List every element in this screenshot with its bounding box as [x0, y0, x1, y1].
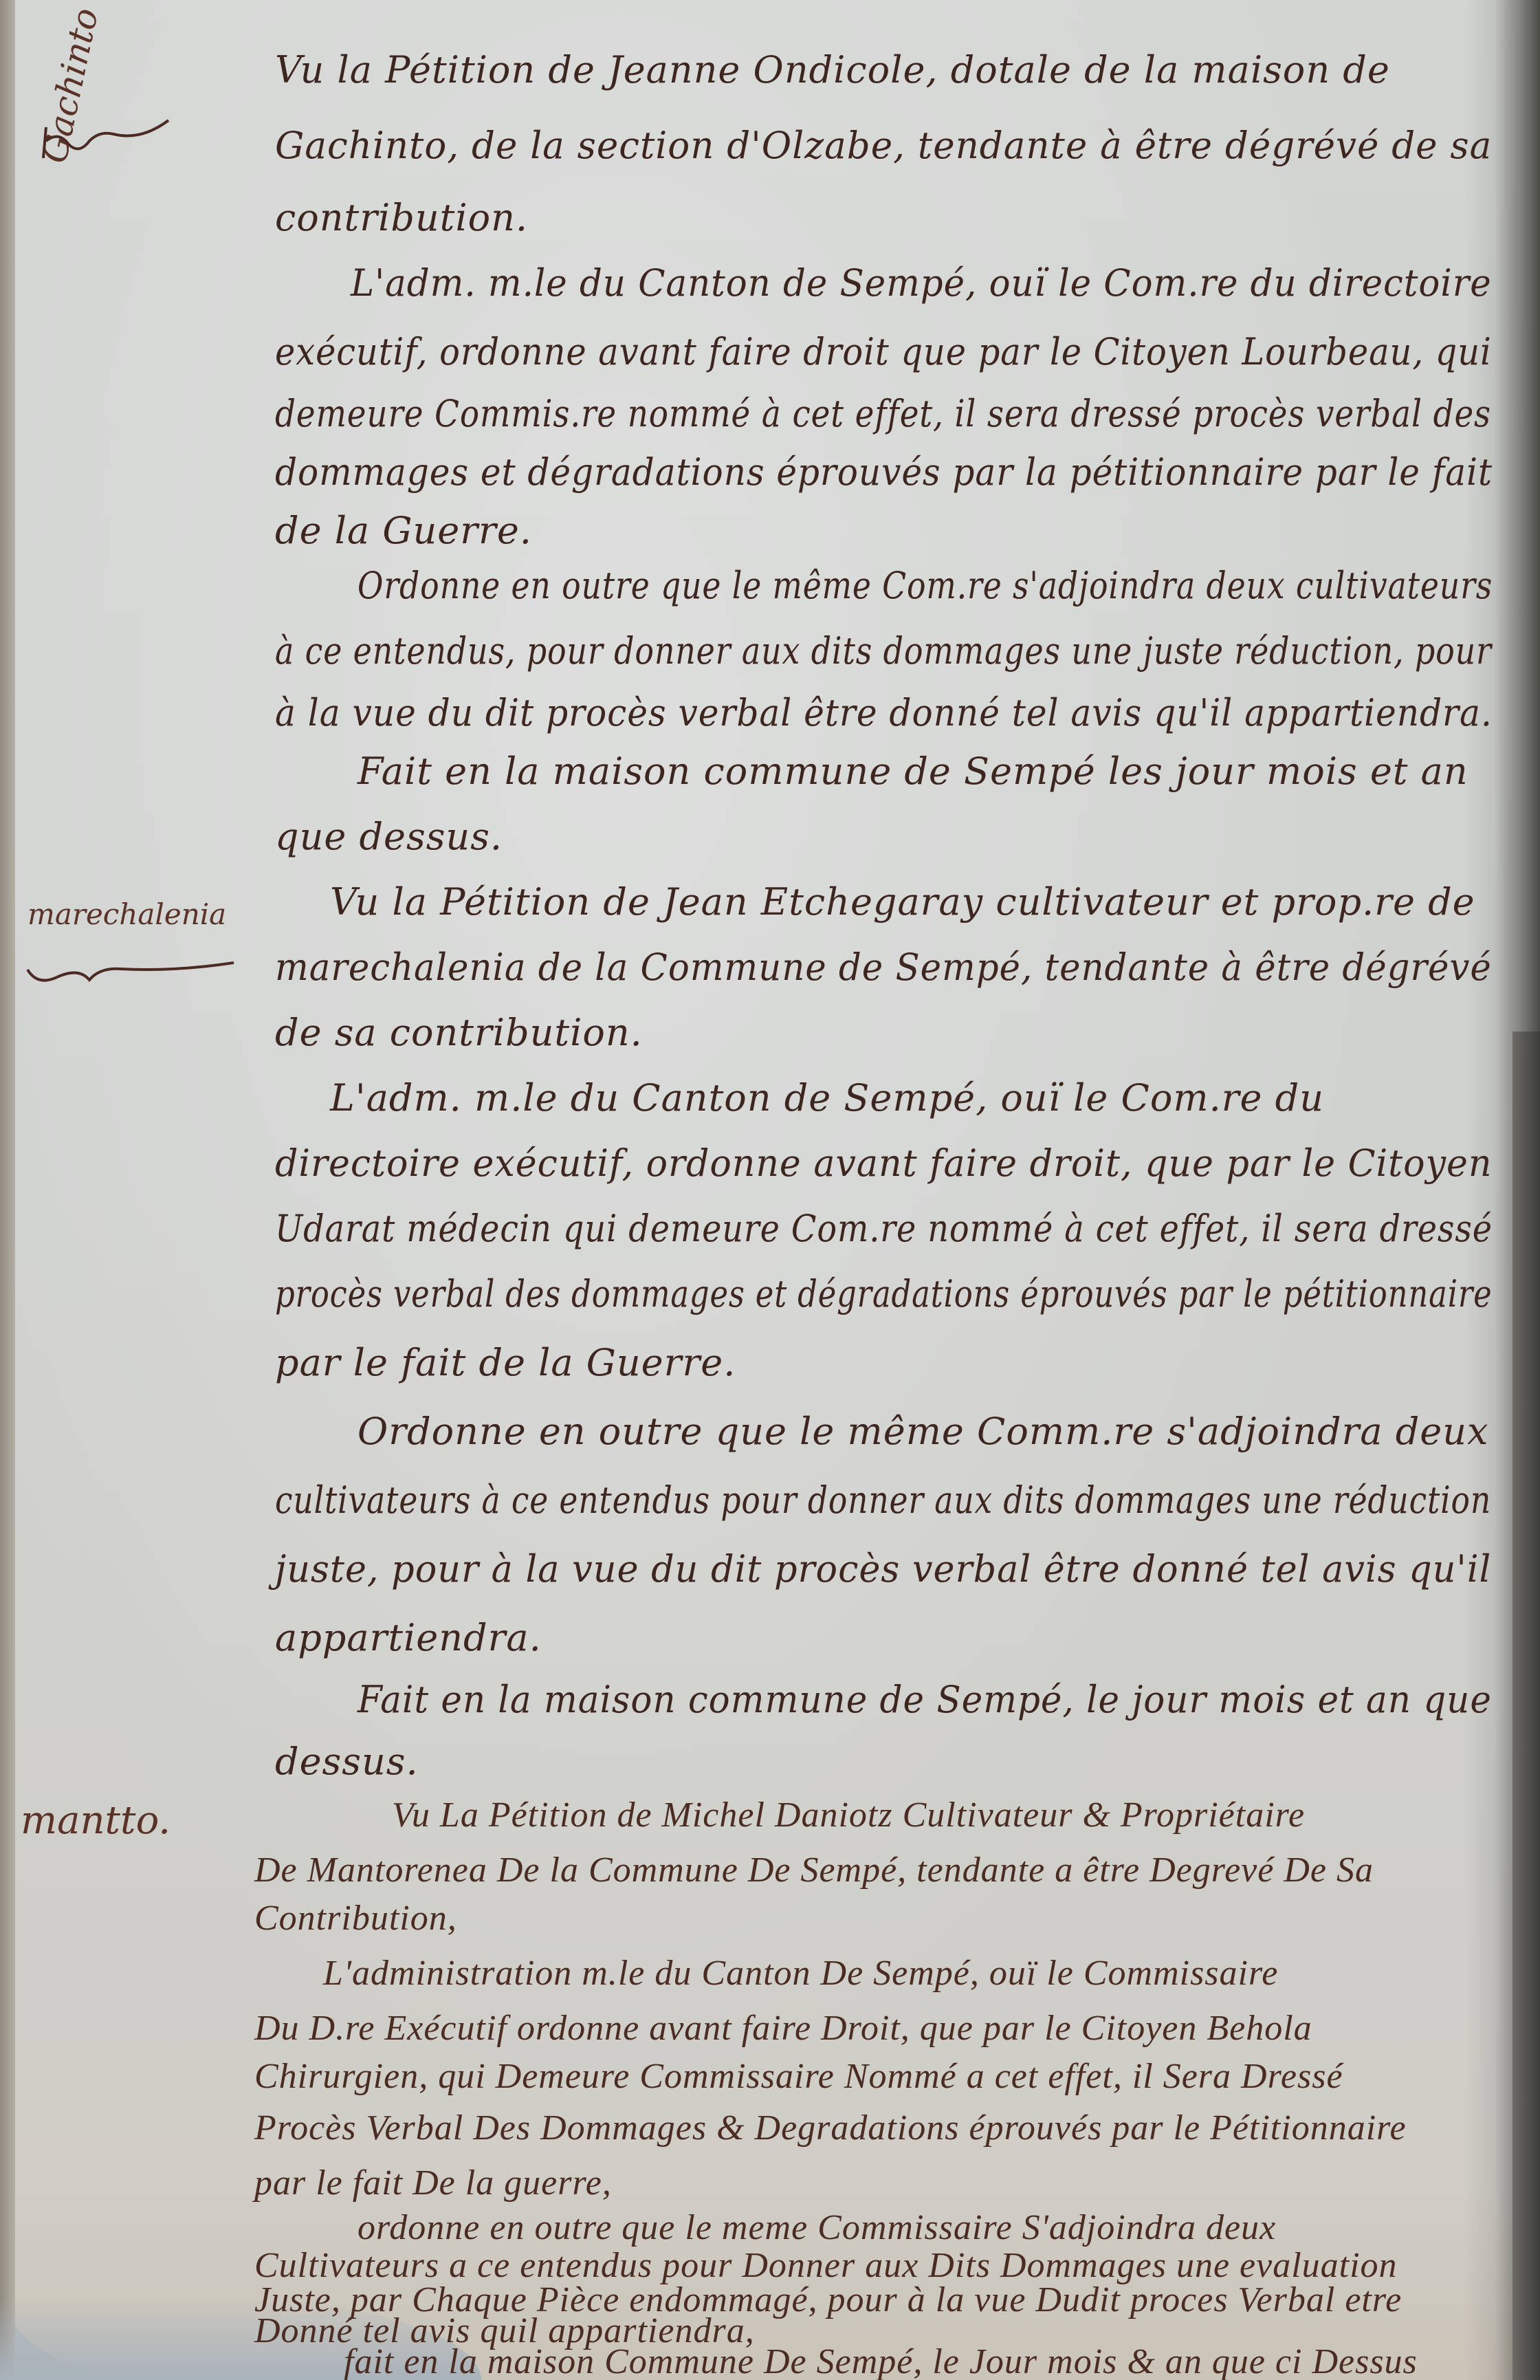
entry-2-line-6: Udarat médecin qui demeure Com.re nommé … — [275, 1207, 1493, 1250]
entry-2-line-12: appartiendra. — [275, 1616, 542, 1659]
entry-3-line-3: Contribution, — [254, 1898, 457, 1939]
entry-2-line-10: cultivateurs à ce entendus pour donner a… — [275, 1478, 1491, 1522]
entry-3-line-2: De Mantorenea De la Commune De Sempé, te… — [254, 1850, 1374, 1890]
margin-flourish-2 — [24, 959, 237, 994]
entry-2-line-8: par le fait de la Guerre. — [275, 1341, 736, 1384]
entry-3-line-6: Chirurgien, qui Demeure Commissaire Nomm… — [254, 2056, 1343, 2097]
entry-3-line-5: Du D.re Exécutif ordonne avant faire Dro… — [254, 2008, 1312, 2049]
entry-1-line-11: à la vue du dit procès verbal être donné… — [275, 691, 1493, 734]
entry-1-line-7: dommages et dégradations éprouvés par la… — [275, 450, 1493, 494]
entry-1-line-1: Vu la Pétition de Jeanne Ondicole, dotal… — [275, 48, 1390, 91]
entry-1-line-5: exécutif, ordonne avant faire droit que … — [275, 330, 1492, 373]
entry-2-line-7: procès verbal des dommages et dégradatio… — [275, 1272, 1493, 1315]
next-page-edge — [1512, 1031, 1540, 2380]
book-spine-edge — [0, 0, 15, 2380]
margin-flourish-1 — [38, 103, 175, 179]
entry-2-line-1: Vu la Pétition de Jean Etchegaray cultiv… — [330, 880, 1475, 924]
entry-2-line-5: directoire exécutif, ordonne avant faire… — [275, 1142, 1492, 1185]
entry-2-line-11: juste, pour à la vue du dit procès verba… — [275, 1547, 1491, 1591]
entry-1-line-2: Gachinto, de la section d'Olzabe, tendan… — [275, 124, 1492, 167]
entry-3-line-8: par le fait De la guerre, — [254, 2163, 612, 2203]
entry-1-line-12: Fait en la maison commune de Sempé les j… — [357, 750, 1468, 793]
entry-3-line-4: L'administration m.le du Canton De Sempé… — [323, 1953, 1278, 1994]
margin-note-mantto: mantto. — [21, 1798, 170, 1843]
entry-1-line-9: Ordonne en outre que le même Com.re s'ad… — [357, 564, 1493, 607]
entry-1-line-3: contribution. — [275, 196, 528, 239]
entry-1-line-4: L'adm. m.le du Canton de Sempé, ouï le C… — [351, 261, 1492, 305]
entry-2-line-3: de sa contribution. — [275, 1011, 643, 1054]
entry-1-line-13: que dessus. — [275, 815, 503, 858]
entry-3-line-7: Procès Verbal Des Dommages & Degradation… — [254, 2108, 1407, 2148]
entry-3-line-13: fait en la maison Commune De Sempé, le J… — [344, 2341, 1418, 2380]
entry-2-line-14: dessus. — [275, 1740, 419, 1783]
margin-note-marechalenia: marechalenia — [27, 897, 226, 931]
entry-3-line-1: Vu La Pétition de Michel Daniotz Cultiva… — [392, 1795, 1305, 1835]
entry-2-line-4: L'adm. m.le du Canton de Sempé, ouï le C… — [330, 1076, 1324, 1120]
entry-1-line-10: à ce entendus, pour donner aux dits domm… — [275, 629, 1492, 673]
entry-2-line-13: Fait en la maison commune de Sempé, le j… — [357, 1678, 1492, 1721]
entry-1-line-8: de la Guerre. — [275, 509, 532, 552]
entry-3-line-9: ordonne en outre que le meme Commissaire… — [357, 2207, 1276, 2248]
entry-2-line-9: Ordonne en outre que le même Comm.re s'a… — [357, 1410, 1488, 1453]
entry-1-line-6: demeure Commis.re nommé à cet effet, il … — [275, 392, 1491, 435]
entry-2-line-2: marechalenia de la Commune de Sempé, ten… — [275, 946, 1492, 989]
